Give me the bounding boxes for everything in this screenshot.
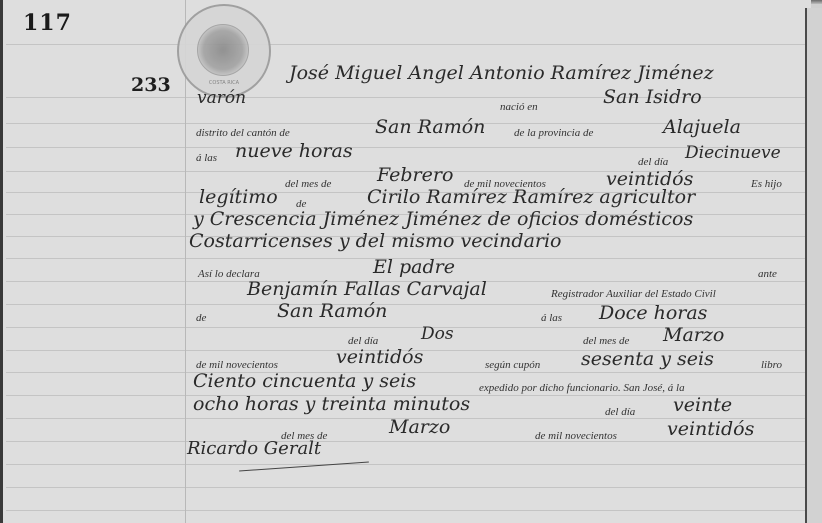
signature: Ricardo Geralt [187, 438, 321, 459]
coupon-value: sesenta y seis [581, 348, 714, 370]
issue-month: Marzo [389, 416, 450, 438]
canton-value: San Ramón [375, 116, 485, 138]
of-label: de [196, 312, 206, 324]
book-value: Ciento cincuenta y seis [193, 370, 416, 392]
legitimacy-value: legítimo [199, 186, 278, 208]
birth-place-value: San Isidro [603, 86, 702, 108]
mother-value: y Crescencia Jiménez Jiménez de oficios … [193, 208, 693, 230]
born-in-label: nació en [500, 101, 538, 113]
registrar-title: Registrador Auxiliar del Estado Civil [551, 288, 716, 300]
is-child-label: Es hijo [751, 178, 782, 190]
issued-by-label: expedido por dicho funcionario. San José… [479, 382, 685, 394]
seal-text: COSTA RICA [179, 80, 269, 86]
sex-value: varón [197, 88, 246, 108]
ruled-line [6, 510, 808, 511]
registration-month: Marzo [663, 324, 724, 346]
day-value: Diecinueve [685, 143, 781, 163]
registration-day: Dos [421, 324, 454, 344]
entry-number: 233 [131, 74, 171, 96]
declarant-value: El padre [373, 256, 455, 278]
year-label: de mil novecientos [535, 430, 617, 442]
day-label: del día [638, 156, 668, 168]
registration-hour: Doce horas [599, 302, 707, 324]
ruled-line [6, 441, 808, 442]
ruled-line [6, 44, 808, 45]
page-number: 117 [23, 10, 72, 36]
month-label: del mes de [583, 335, 629, 347]
registration-year: veintidós [336, 346, 423, 368]
adjacent-page-edge [805, 8, 822, 523]
month-label: del mes de [285, 178, 331, 190]
seal-emblem-icon [197, 24, 249, 76]
coupon-label: según cupón [485, 359, 540, 371]
official-seal-icon: COSTA RICA [177, 4, 271, 98]
hour-label: á las [541, 312, 562, 324]
issue-time: ocho horas y treinta minutos [193, 393, 470, 415]
book-label: libro [761, 359, 782, 371]
hour-value: nueve horas [235, 140, 353, 162]
issue-day: veinte [673, 394, 732, 416]
nationality-value: Costarricenses y del mismo vecindario [189, 230, 562, 252]
issue-year: veintidós [667, 418, 754, 440]
month-value: Febrero [377, 164, 453, 186]
before-label: ante [758, 268, 777, 280]
district-label: distrito del cantón de [196, 127, 290, 139]
province-value: Alajuela [663, 116, 741, 138]
signature-underline [239, 461, 369, 471]
registrar-name: Benjamín Fallas Carvajal [247, 278, 487, 300]
father-value: Cirilo Ramírez Ramírez agricultor [367, 186, 695, 208]
ruled-line [6, 464, 808, 465]
registry-page: 117 233 COSTA RICA José Miguel Angel Ant… [0, 0, 811, 523]
registrar-place: San Ramón [277, 300, 387, 322]
child-name: José Miguel Angel Antonio Ramírez Jiméne… [289, 62, 714, 84]
hour-label: á las [196, 152, 217, 164]
ruled-line [6, 487, 808, 488]
day-label: del día [605, 406, 635, 418]
province-label: de la provincia de [514, 127, 593, 139]
